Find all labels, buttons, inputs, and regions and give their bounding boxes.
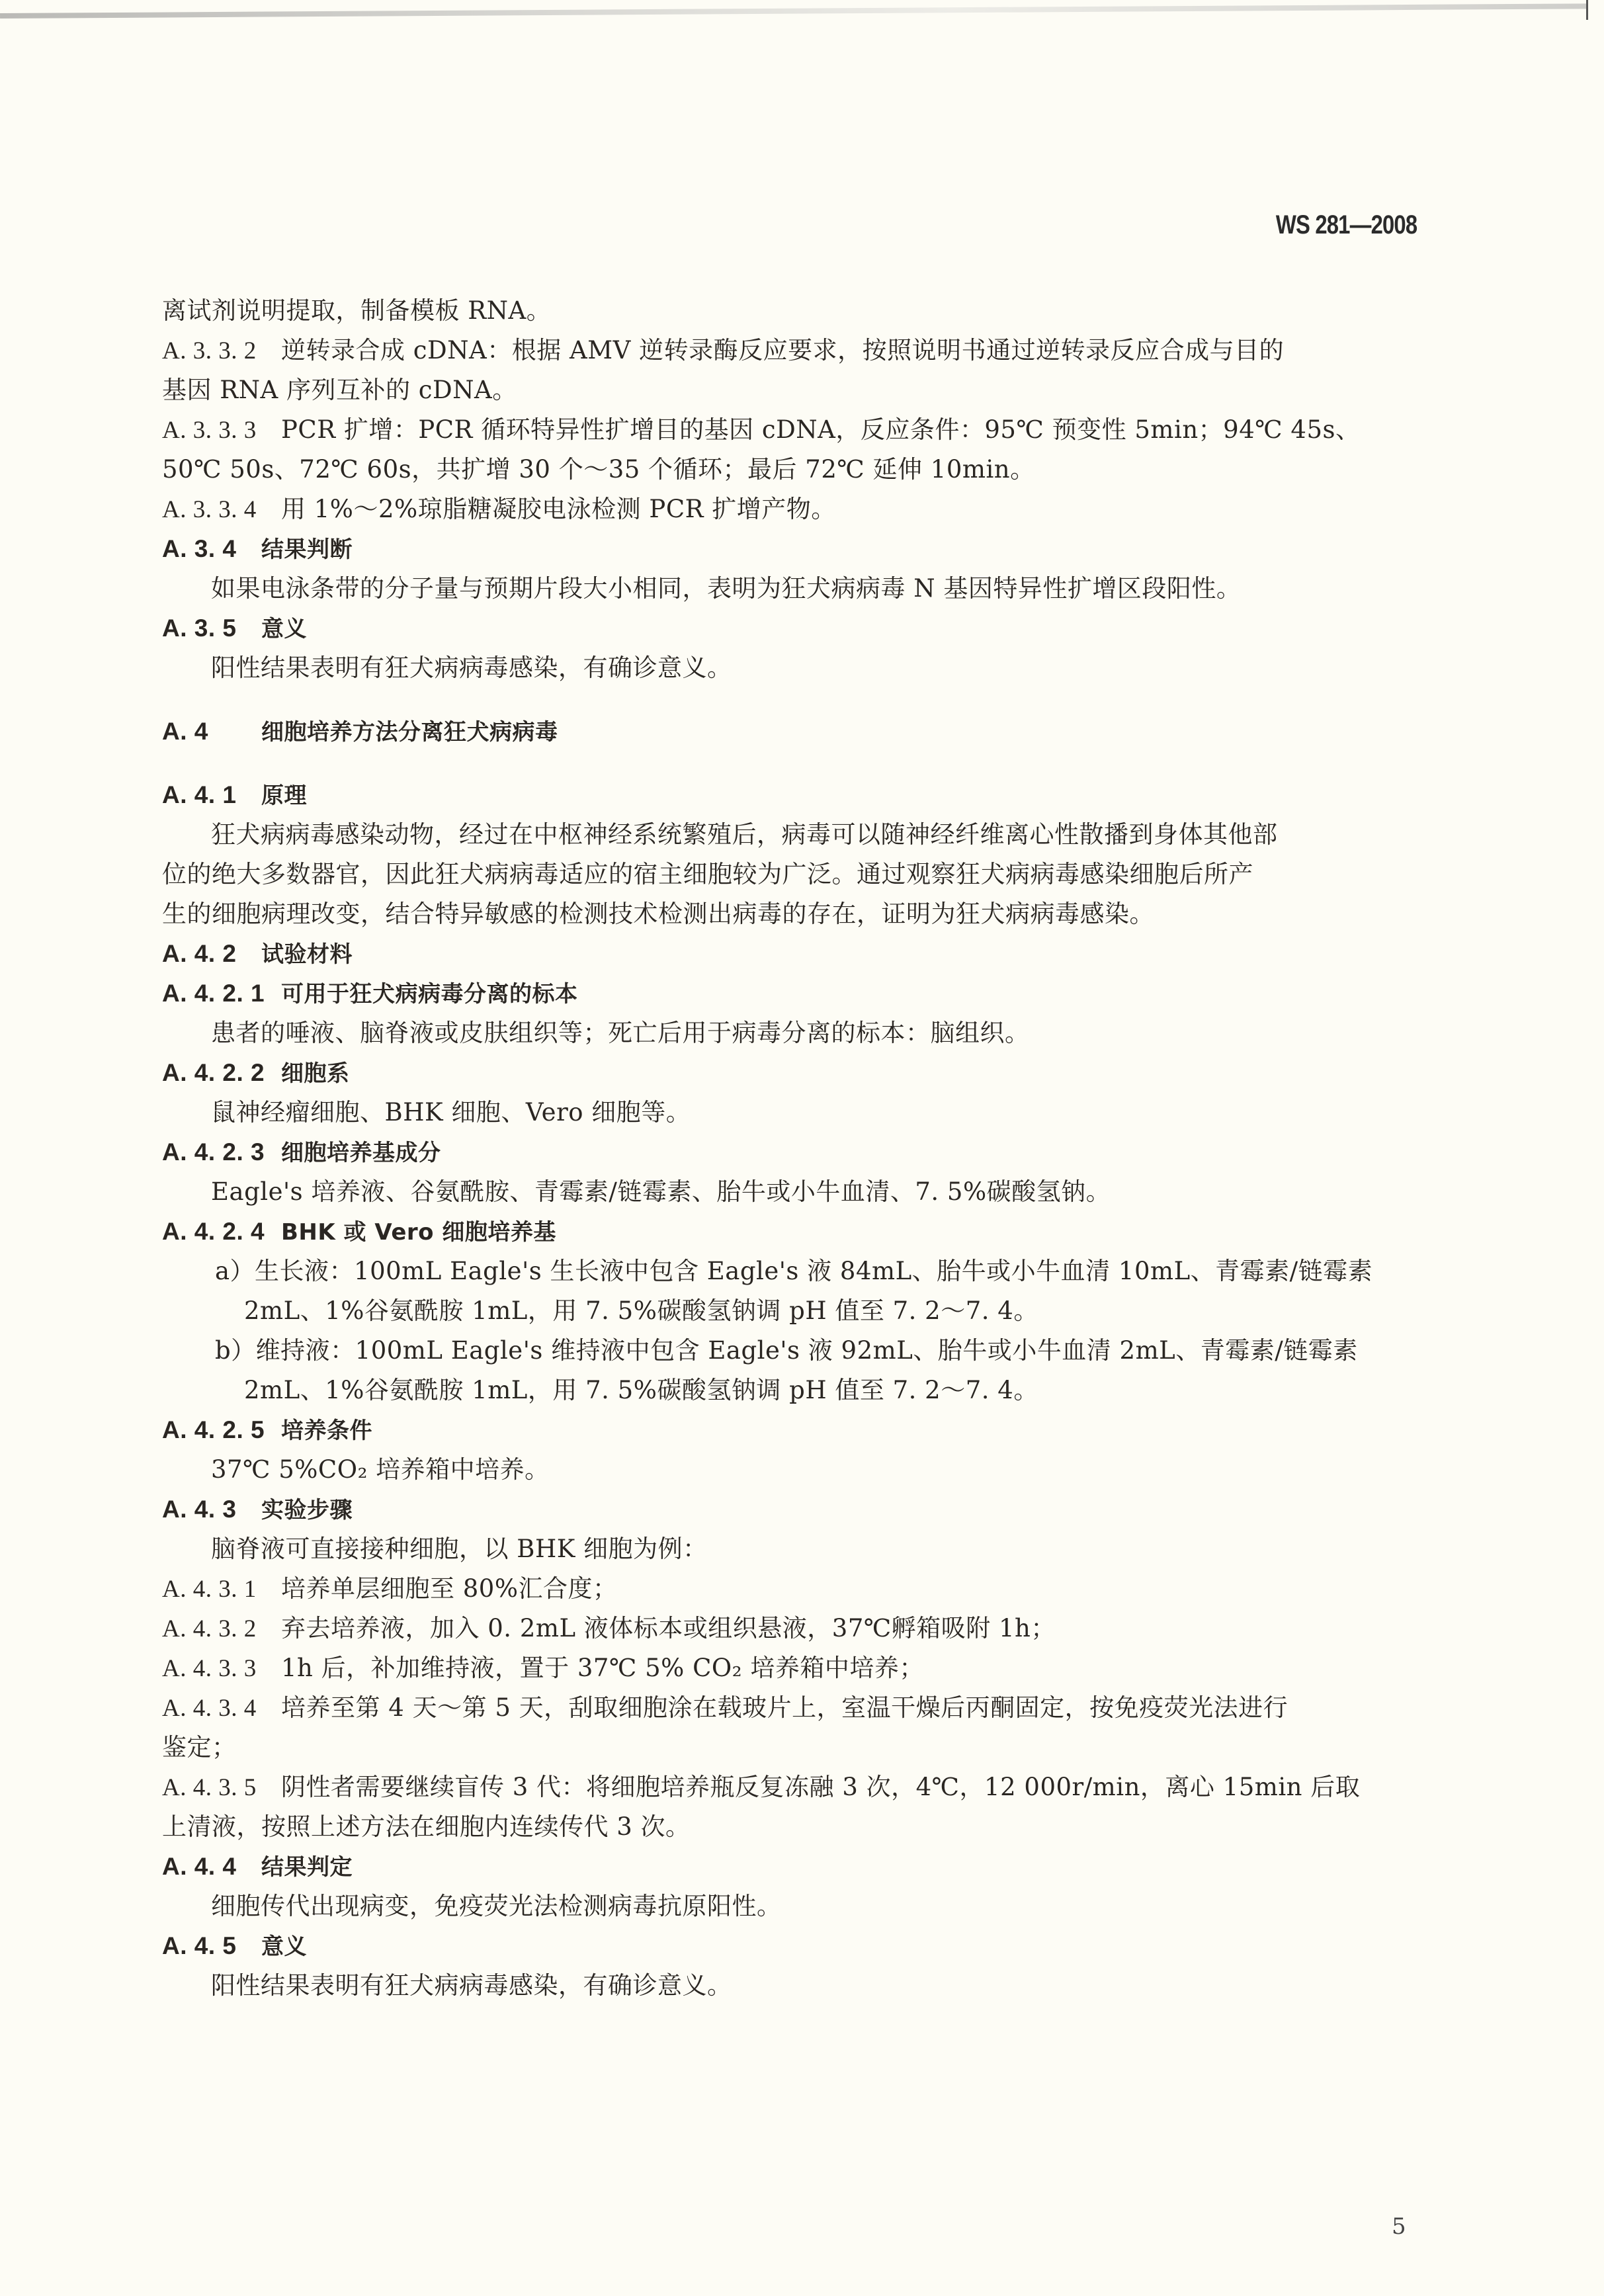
- text-continuation: 鉴定；: [162, 1728, 1422, 1767]
- clause-number: A. 4. 3. 1: [162, 1570, 281, 1609]
- section-number: A. 3. 5: [162, 609, 261, 648]
- section-heading: A. 4. 5意义: [162, 1926, 1422, 1966]
- section-heading: A. 4. 2试验材料: [162, 934, 1422, 974]
- text-continuation: 上清液，按照上述方法在细胞内连续传代 3 次。: [162, 1807, 1422, 1847]
- clause-text: 培养至第 4 天～第 5 天，刮取细胞涂在载玻片上，室温干燥后丙酮固定，按免疫荧…: [281, 1693, 1288, 1722]
- section-title: 培养条件: [281, 1418, 372, 1444]
- paragraph-text: Eagle's 培养液、谷氨酰胺、青霉素/链霉素、胎牛或小牛血清、7. 5%碳酸…: [162, 1172, 1422, 1212]
- section-number: A. 4. 2: [162, 934, 261, 974]
- section-heading: A. 4. 2. 4BHK 或 Vero 细胞培养基: [162, 1212, 1422, 1252]
- section-heading: A. 4. 3实验步骤: [162, 1490, 1422, 1529]
- section-number: A. 4. 5: [162, 1926, 261, 1966]
- text-continuation: 位的绝大多数器官，因此狂犬病病毒适应的宿主细胞较为广泛。通过观察狂犬病病毒感染细…: [162, 855, 1422, 894]
- numbered-clause: A. 3. 3. 4用 1%～2%琼脂糖凝胶电泳检测 PCR 扩增产物。: [162, 489, 1422, 529]
- section-number: A. 4: [162, 712, 261, 751]
- paragraph-text: 狂犬病病毒感染动物，经过在中枢神经系统繁殖后，病毒可以随神经纤维离心性散播到身体…: [162, 815, 1422, 855]
- section-title: 意义: [261, 1934, 307, 1960]
- clause-number: A. 3. 3. 4: [162, 490, 281, 530]
- clause-number: A. 4. 3. 5: [162, 1768, 281, 1808]
- list-item-continuation: 2mL、1%谷氨酰胺 1mL，用 7. 5%碳酸氢钠调 pH 值至 7. 2～7…: [162, 1291, 1422, 1331]
- list-item: b）维持液：100mL Eagle's 维持液中包含 Eagle's 液 92m…: [162, 1331, 1422, 1371]
- list-item: a）生长液：100mL Eagle's 生长液中包含 Eagle's 液 84m…: [162, 1252, 1422, 1291]
- document-body: 离试剂说明提取，制备模板 RNA。A. 3. 3. 2逆转录合成 cDNA：根据…: [162, 291, 1422, 2006]
- section-title: BHK 或 Vero 细胞培养基: [281, 1219, 556, 1246]
- section-heading: A. 4. 2. 2细胞系: [162, 1053, 1422, 1093]
- list-item-continuation: 2mL、1%谷氨酰胺 1mL，用 7. 5%碳酸氢钠调 pH 值至 7. 2～7…: [162, 1371, 1422, 1410]
- section-heading: A. 3. 5意义: [162, 609, 1422, 648]
- page-number: 5: [1392, 2213, 1406, 2240]
- clause-number: A. 4. 3. 4: [162, 1689, 281, 1728]
- section-heading: A. 4. 1原理: [162, 775, 1422, 815]
- text-continuation: 基因 RNA 序列互补的 cDNA。: [162, 370, 1422, 410]
- numbered-clause: A. 3. 3. 3PCR 扩增：PCR 循环特异性扩增目的基因 cDNA，反应…: [162, 410, 1422, 450]
- section-title: 细胞培养基成分: [281, 1140, 441, 1166]
- section-number: A. 4. 2. 2: [162, 1053, 281, 1093]
- clause-number: A. 3. 3. 3: [162, 411, 281, 450]
- section-heading: A. 4. 2. 5培养条件: [162, 1410, 1422, 1450]
- section-number: A. 4. 1: [162, 775, 261, 815]
- text-continuation: 50℃ 50s、72℃ 60s，共扩增 30 个～35 个循环；最后 72℃ 延…: [162, 450, 1422, 489]
- numbered-clause: A. 4. 3. 5阴性者需要继续盲传 3 代：将细胞培养瓶反复冻融 3 次，4…: [162, 1767, 1422, 1807]
- section-title: 意义: [261, 616, 307, 642]
- numbered-clause: A. 3. 3. 2逆转录合成 cDNA：根据 AMV 逆转录酶反应要求，按照说…: [162, 331, 1422, 370]
- section-heading: A. 4. 2. 1可用于狂犬病病毒分离的标本: [162, 974, 1422, 1013]
- section-number: A. 4. 3: [162, 1490, 261, 1529]
- scan-edge-mark: [1586, 0, 1588, 20]
- section-title: 可用于狂犬病病毒分离的标本: [281, 981, 578, 1007]
- clause-number: A. 4. 3. 3: [162, 1649, 281, 1689]
- text-continuation: 生的细胞病理改变，结合特异敏感的检测技术检测出病毒的存在，证明为狂犬病病毒感染。: [162, 894, 1422, 934]
- section-number: A. 4. 2. 5: [162, 1410, 281, 1450]
- section-gap: [162, 688, 1422, 712]
- section-number: A. 4. 4: [162, 1847, 261, 1887]
- section-gap: [162, 751, 1422, 775]
- paragraph-text: 细胞传代出现病变，免疫荧光法检测病毒抗原阳性。: [162, 1887, 1422, 1926]
- numbered-clause: A. 4. 3. 1培养单层细胞至 80%汇合度；: [162, 1569, 1422, 1609]
- section-heading: A. 4. 4结果判定: [162, 1847, 1422, 1887]
- section-title: 细胞培养方法分离狂犬病病毒: [261, 719, 558, 745]
- section-heading: A. 4. 2. 3细胞培养基成分: [162, 1132, 1422, 1172]
- section-number: A. 3. 4: [162, 529, 261, 569]
- clause-number: A. 4. 3. 2: [162, 1609, 281, 1649]
- paragraph-text: 鼠神经瘤细胞、BHK 细胞、Vero 细胞等。: [162, 1093, 1422, 1132]
- scan-edge-shadow: [0, 3, 1587, 19]
- clause-text: 培养单层细胞至 80%汇合度；: [281, 1574, 618, 1603]
- section-title: 试验材料: [261, 941, 353, 968]
- section-number: A. 4. 2. 4: [162, 1212, 281, 1252]
- section-number: A. 4. 2. 1: [162, 974, 281, 1013]
- paragraph-text: 患者的唾液、脑脊液或皮肤组织等；死亡后用于病毒分离的标本：脑组织。: [162, 1013, 1422, 1053]
- numbered-clause: A. 4. 3. 2弃去培养液，加入 0. 2mL 液体标本或组织悬液，37℃孵…: [162, 1609, 1422, 1648]
- clause-text: 用 1%～2%琼脂糖凝胶电泳检测 PCR 扩增产物。: [281, 495, 836, 523]
- section-title: 结果判定: [261, 1854, 353, 1881]
- section-title: 细胞系: [281, 1060, 350, 1087]
- clause-text: 阴性者需要继续盲传 3 代：将细胞培养瓶反复冻融 3 次，4℃，12 000r/…: [281, 1773, 1360, 1801]
- clause-text: 逆转录合成 cDNA：根据 AMV 逆转录酶反应要求，按照说明书通过逆转录反应合…: [281, 336, 1284, 364]
- section-number: A. 4. 2. 3: [162, 1132, 281, 1172]
- section-title: 结果判断: [261, 536, 353, 563]
- paragraph-text: 如果电泳条带的分子量与预期片段大小相同，表明为狂犬病病毒 N 基因特异性扩增区段…: [162, 569, 1422, 609]
- clause-text: 1h 后，补加维持液，置于 37℃ 5% CO₂ 培养箱中培养；: [281, 1654, 924, 1682]
- section-heading: A. 4细胞培养方法分离狂犬病病毒: [162, 712, 1422, 751]
- clause-text: 弃去培养液，加入 0. 2mL 液体标本或组织悬液，37℃孵箱吸附 1h；: [281, 1614, 1056, 1642]
- numbered-clause: A. 4. 3. 4培养至第 4 天～第 5 天，刮取细胞涂在载玻片上，室温干燥…: [162, 1688, 1422, 1728]
- paragraph-text: 脑脊液可直接接种细胞，以 BHK 细胞为例：: [162, 1529, 1422, 1569]
- clause-text: PCR 扩增：PCR 循环特异性扩增目的基因 cDNA，反应条件：95℃ 预变性…: [281, 415, 1360, 444]
- paragraph-text: 37℃ 5%CO₂ 培养箱中培养。: [162, 1450, 1422, 1490]
- paragraph-text: 阳性结果表明有狂犬病病毒感染，有确诊意义。: [162, 1966, 1422, 2006]
- clause-number: A. 3. 3. 2: [162, 331, 281, 371]
- numbered-clause: A. 4. 3. 31h 后，补加维持液，置于 37℃ 5% CO₂ 培养箱中培…: [162, 1648, 1422, 1688]
- standard-code-header: WS 281—2008: [1276, 210, 1417, 240]
- section-title: 实验步骤: [261, 1497, 353, 1523]
- section-heading: A. 3. 4结果判断: [162, 529, 1422, 569]
- text-continuation: 离试剂说明提取，制备模板 RNA。: [162, 291, 1422, 331]
- section-title: 原理: [261, 783, 307, 809]
- paragraph-text: 阳性结果表明有狂犬病病毒感染，有确诊意义。: [162, 648, 1422, 688]
